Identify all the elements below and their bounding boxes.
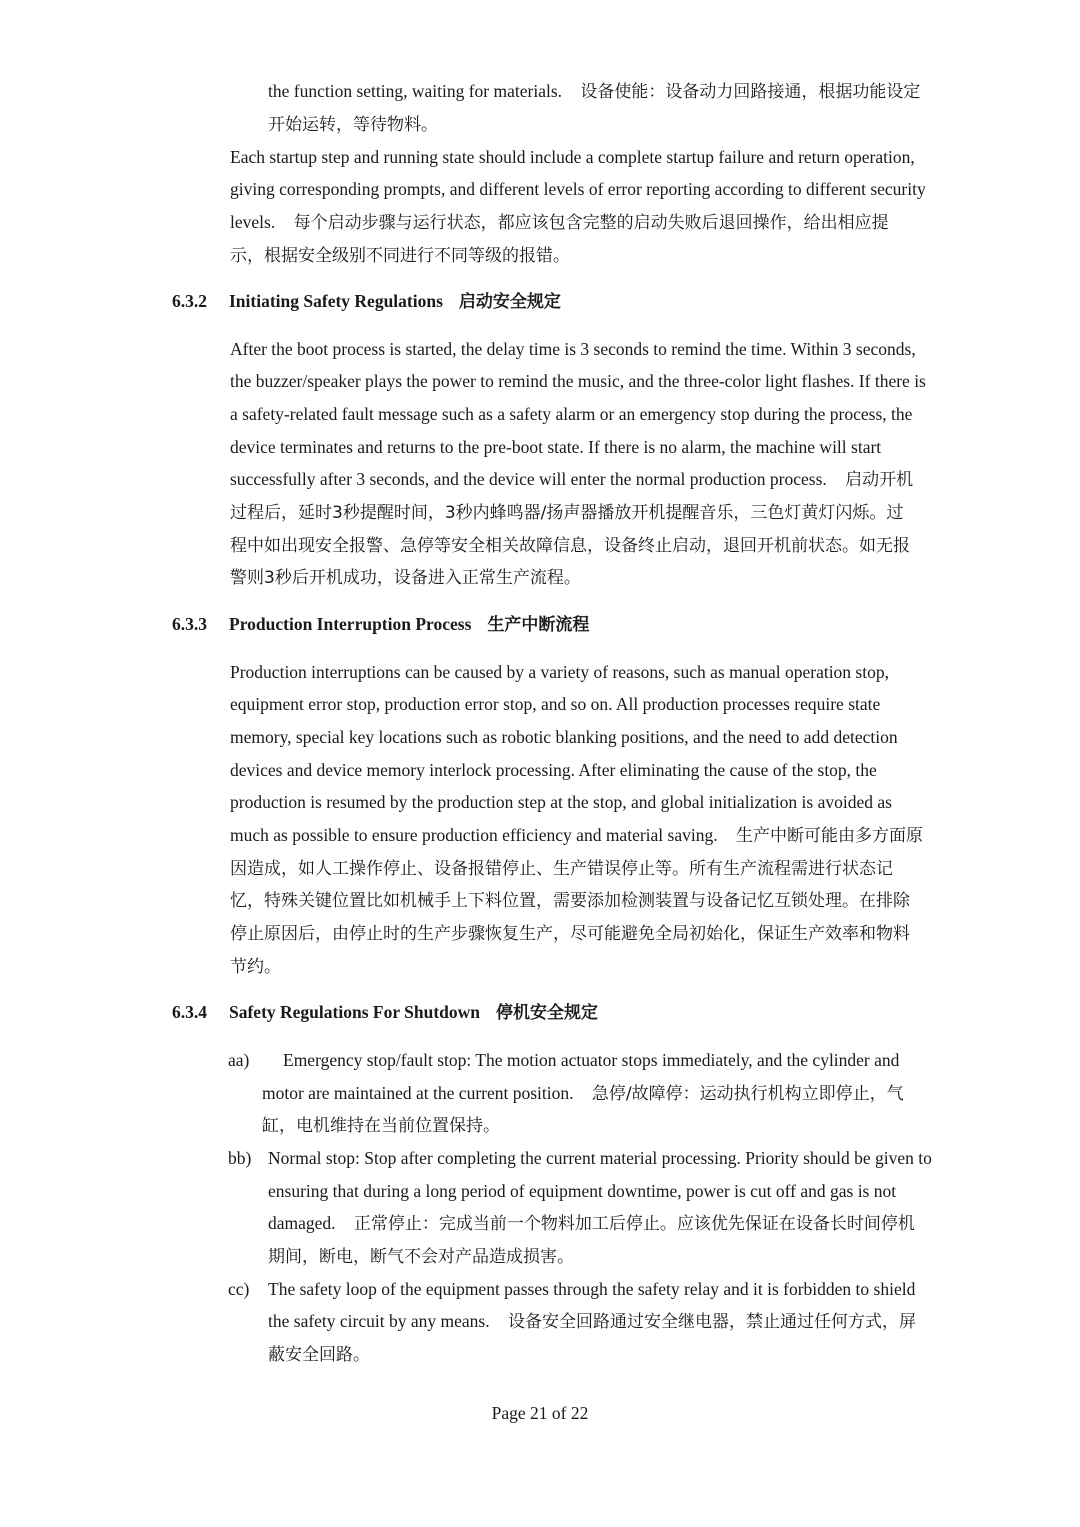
text-line: motor are maintained at the current posi… xyxy=(262,1081,904,1106)
section-heading-6-3-2: 6.3.2Initiating Safety Regulations启动安全规定 xyxy=(172,289,561,314)
text-line: 蔽安全回路。 xyxy=(268,1342,370,1367)
text-line: 停止原因后，由停止时的生产步骤恢复生产，尽可能避免全局初始化，保证生产效率和物料 xyxy=(230,921,910,946)
document-page: the function setting, waiting for materi… xyxy=(0,0,1080,1527)
text-line: production is resumed by the production … xyxy=(230,790,892,814)
text-line: the safety circuit by any means. 设备安全回路通… xyxy=(268,1309,916,1334)
text-cn: 设备安全回路通过安全继电器，禁止通过任何方式，屏 xyxy=(508,1312,916,1332)
text-cn: 停止原因后，由停止时的生产步骤恢复生产，尽可能避免全局初始化，保证生产效率和物料 xyxy=(230,924,910,944)
list-item-bb: bb)Normal stop: Stop after completing th… xyxy=(228,1146,932,1170)
text-line: 节约。 xyxy=(230,954,281,979)
text-en: successfully after 3 seconds, and the de… xyxy=(230,469,827,489)
text-en: Production interruptions can be caused b… xyxy=(230,662,889,682)
text-cn: 期间，断电，断气不会对产品造成损害。 xyxy=(268,1247,574,1267)
text-cn: 节约。 xyxy=(230,957,281,977)
section-title-en: Safety Regulations For Shutdown xyxy=(229,1002,480,1022)
text-line: levels. 每个启动步骤与运行状态，都应该包含完整的启动失败后退回操作，给出… xyxy=(230,210,889,235)
text-line: equipment error stop, production error s… xyxy=(230,692,880,716)
text-en: the buzzer/speaker plays the power to re… xyxy=(230,371,926,391)
list-item-aa: aa)Emergency stop/fault stop: The motion… xyxy=(228,1048,899,1072)
text-cn: 缸，电机维持在当前位置保持。 xyxy=(262,1116,500,1136)
text-line: successfully after 3 seconds, and the de… xyxy=(230,467,913,492)
text-en: much as possible to ensure production ef… xyxy=(230,825,718,845)
text-line: a safety-related fault message such as a… xyxy=(230,402,912,426)
section-heading-6-3-3: 6.3.3Production Interruption Process生产中断… xyxy=(172,612,589,637)
list-marker: cc) xyxy=(228,1277,268,1301)
text-line: ensuring that during a long period of eq… xyxy=(268,1179,896,1203)
text-line: 忆，特殊关键位置比如机械手上下料位置，需要添加检测装置与设备记忆互锁处理。在排除 xyxy=(230,888,910,913)
text-cn: 生产中断可能由多方面原 xyxy=(736,826,923,846)
page-number-footer: Page 21 of 22 xyxy=(0,1401,1080,1425)
text-line: damaged. 正常停止：完成当前一个物料加工后停止。应该优先保证在设备长时间… xyxy=(268,1211,915,1236)
text-line: After the boot process is started, the d… xyxy=(230,337,916,361)
text-en: motor are maintained at the current posi… xyxy=(262,1083,574,1103)
text-en: equipment error stop, production error s… xyxy=(230,694,880,714)
text-en: damaged. xyxy=(268,1213,336,1233)
text-line: memory, special key locations such as ro… xyxy=(230,725,898,749)
text-line: 过程后，延时3秒提醒时间，3秒内蜂鸣器/扬声器播放开机提醒音乐，三色灯黄灯闪烁。… xyxy=(230,500,903,525)
text-en: Emergency stop/fault stop: The motion ac… xyxy=(283,1050,899,1070)
text-cn: 正常停止：完成当前一个物料加工后停止。应该优先保证在设备长时间停机 xyxy=(354,1214,915,1234)
text-cn: 忆，特殊关键位置比如机械手上下料位置，需要添加检测装置与设备记忆互锁处理。在排除 xyxy=(230,891,910,911)
text-en: device terminates and returns to the pre… xyxy=(230,437,881,457)
text-line: 缸，电机维持在当前位置保持。 xyxy=(262,1113,500,1138)
text-line: much as possible to ensure production ef… xyxy=(230,823,923,848)
text-en: the function setting, waiting for materi… xyxy=(268,81,562,101)
section-title-en: Initiating Safety Regulations xyxy=(229,291,443,311)
text-cn: 因造成，如人工操作停止、设备报错停止、生产错误停止等。所有生产流程需进行状态记 xyxy=(230,859,893,879)
text-line: the function setting, waiting for materi… xyxy=(268,79,920,104)
list-marker: bb) xyxy=(228,1146,268,1170)
text-line: 程中如出现安全报警、急停等安全相关故障信息，设备终止启动，退回开机前状态。如无报 xyxy=(230,533,910,558)
text-line: Production interruptions can be caused b… xyxy=(230,660,889,684)
text-en: After the boot process is started, the d… xyxy=(230,339,916,359)
text-cn: 蔽安全回路。 xyxy=(268,1345,370,1365)
text-cn: 开始运转，等待物料。 xyxy=(268,115,438,135)
text-en: giving corresponding prompts, and differ… xyxy=(230,179,926,199)
section-title-cn: 启动安全规定 xyxy=(459,292,561,312)
text-en: Normal stop: Stop after completing the c… xyxy=(268,1148,932,1168)
text-cn: 程中如出现安全报警、急停等安全相关故障信息，设备终止启动，退回开机前状态。如无报 xyxy=(230,536,910,556)
text-line: device terminates and returns to the pre… xyxy=(230,435,881,459)
text-line: 示，根据安全级别不同进行不同等级的报错。 xyxy=(230,243,570,268)
section-number: 6.3.2 xyxy=(172,289,229,313)
text-line: the buzzer/speaker plays the power to re… xyxy=(230,369,926,393)
section-title-cn: 生产中断流程 xyxy=(487,615,589,635)
text-line: devices and device memory interlock proc… xyxy=(230,758,877,782)
text-en: devices and device memory interlock proc… xyxy=(230,760,877,780)
section-title-en: Production Interruption Process xyxy=(229,614,471,634)
section-number: 6.3.3 xyxy=(172,612,229,636)
text-line: 警则3秒后开机成功，设备进入正常生产流程。 xyxy=(230,565,581,590)
text-cn: 过程后，延时3秒提醒时间，3秒内蜂鸣器/扬声器播放开机提醒音乐，三色灯黄灯闪烁。… xyxy=(230,503,903,523)
text-en: a safety-related fault message such as a… xyxy=(230,404,912,424)
section-heading-6-3-4: 6.3.4Safety Regulations For Shutdown停机安全… xyxy=(172,1000,598,1025)
list-item-cc: cc)The safety loop of the equipment pass… xyxy=(228,1277,915,1301)
text-en: The safety loop of the equipment passes … xyxy=(268,1279,915,1299)
text-cn: 警则3秒后开机成功，设备进入正常生产流程。 xyxy=(230,568,581,588)
section-number: 6.3.4 xyxy=(172,1000,229,1024)
text-line: 开始运转，等待物料。 xyxy=(268,112,438,137)
text-cn: 启动开机 xyxy=(845,470,913,490)
list-marker: aa) xyxy=(228,1048,283,1072)
text-en: Each startup step and running state shou… xyxy=(230,147,915,167)
text-cn: 示，根据安全级别不同进行不同等级的报错。 xyxy=(230,246,570,266)
text-line: 期间，断电，断气不会对产品造成损害。 xyxy=(268,1244,574,1269)
text-line: 因造成，如人工操作停止、设备报错停止、生产错误停止等。所有生产流程需进行状态记 xyxy=(230,856,893,881)
text-cn: 每个启动步骤与运行状态，都应该包含完整的启动失败后退回操作，给出相应提 xyxy=(294,213,889,233)
text-en: the safety circuit by any means. xyxy=(268,1311,490,1331)
text-cn: 设备使能：设备动力回路接通，根据功能设定 xyxy=(580,82,920,102)
text-en: levels. xyxy=(230,212,275,232)
text-line: giving corresponding prompts, and differ… xyxy=(230,177,926,201)
text-en: ensuring that during a long period of eq… xyxy=(268,1181,896,1201)
text-line: Each startup step and running state shou… xyxy=(230,145,915,169)
text-en: production is resumed by the production … xyxy=(230,792,892,812)
text-en: memory, special key locations such as ro… xyxy=(230,727,898,747)
text-cn: 急停/故障停：运动执行机构立即停止，气 xyxy=(592,1084,904,1104)
section-title-cn: 停机安全规定 xyxy=(496,1003,598,1023)
